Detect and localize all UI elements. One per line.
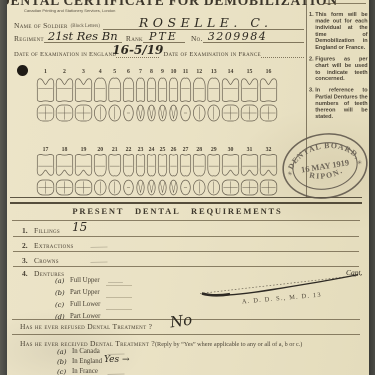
page-title: DENTAL CERTIFICATE FOR DEMOBILIZATION: [0, 0, 317, 9]
printer-imprint: Canadian Printing and Stationery Service…: [24, 9, 136, 13]
req-3-num: 3.: [22, 256, 28, 265]
denture-c-label: Full Lower: [70, 301, 100, 308]
received-c-letter: (c): [57, 368, 66, 375]
signature-stroke-heavy: [202, 294, 230, 296]
rank-field: PTE: [143, 30, 185, 43]
regiment-row: Regiment 21st Res Bn Rank PTE No. 320998…: [14, 30, 304, 43]
req-3-label: Crowns: [34, 256, 59, 265]
note-3: 3. In reference to Partial Dentures the …: [309, 87, 368, 120]
req-4-num: 4.: [22, 269, 28, 278]
rule: [106, 297, 132, 298]
date-england-field: 16-5/19: [116, 45, 159, 58]
number-field: 3209984: [203, 30, 304, 43]
req-2-num: 2.: [22, 241, 28, 250]
scanned-document: DENTAL CERTIFICATE FOR DEMOBILIZATION Ca…: [0, 0, 375, 375]
date-france-field: [261, 45, 304, 58]
received-b-letter: (b): [57, 358, 67, 366]
denture-a-letter: (a): [55, 277, 64, 285]
rule: [106, 309, 132, 310]
signature-line: [200, 275, 362, 294]
denture-c-letter: (c): [55, 301, 64, 309]
stamp-star-right-icon: ✳: [357, 159, 363, 167]
signature-printed-title: A. D. D. S., M. D. 13: [242, 292, 322, 305]
note-2-text: Figures as per chart will be used to ind…: [315, 56, 367, 82]
regiment-value: 21st Res Bn: [48, 29, 118, 43]
rank-value: PTE: [149, 30, 178, 43]
denture-a-label: Full Upper: [70, 277, 100, 284]
denture-b-label: Part Upper: [70, 289, 100, 296]
signature-rank: Capt.: [346, 268, 363, 277]
note-1-text: This form will be made out for each indi…: [315, 11, 367, 51]
received-c-answer: —: [107, 369, 124, 375]
scan-edge-left: [0, 0, 7, 375]
req-1-label: Fillings: [34, 226, 60, 235]
req-1-value: 15: [72, 220, 87, 234]
received-question-note: (Reply by “Yes” where applicable to any …: [155, 341, 302, 348]
refused-answer: No: [169, 311, 193, 332]
signature-stroke: [202, 275, 358, 296]
name-value: ROSELLE. C.: [139, 15, 273, 30]
regiment-label: Regiment: [14, 34, 44, 43]
rule: [106, 285, 132, 286]
name-field: ROSELLE. C.: [103, 17, 304, 30]
signature-block: Capt. A. D. D. S., M. D. 13: [196, 267, 368, 305]
rule: [12, 220, 360, 221]
note-1: 1. This form will be made out for each i…: [309, 11, 368, 51]
req-2-label: Extractions: [34, 241, 74, 250]
stamp-star-left-icon: ✳: [287, 170, 293, 178]
note-2: 2. Figures as per chart will be used to …: [309, 56, 368, 82]
note-3-text: In reference to Partial Dentures the num…: [315, 87, 367, 120]
received-b-label: In England: [72, 358, 102, 365]
req-1-num: 1.: [22, 226, 28, 235]
date-england-label: Date of Examination in England: [14, 51, 116, 58]
number-label: No.: [191, 34, 203, 43]
date-england-value: 16-5/19: [112, 43, 163, 57]
received-a-label: In Canada: [72, 348, 100, 355]
date-france-label: Date of Examination in France: [163, 51, 260, 58]
dental-board-stamp: DENTAL BOARD, RIPON. 16 MAY 1919 ✳ ✳: [275, 122, 375, 209]
dates-row: Date of Examination in England 16-5/19 D…: [14, 45, 304, 58]
regiment-field: 21st Res Bn: [44, 30, 122, 43]
ink-dot: [17, 65, 28, 76]
received-c-label: In France: [72, 368, 98, 375]
rule: [324, 3, 366, 4]
rank-label: Rank: [126, 34, 143, 43]
req-2-value: —: [90, 242, 107, 251]
rule: [13, 236, 359, 237]
scan-edge-right: [369, 0, 375, 375]
received-a-letter: (a): [57, 348, 66, 356]
rule: [13, 251, 359, 252]
rule: [12, 334, 360, 335]
denture-b-letter: (b): [55, 289, 65, 297]
number-value: 3209984: [208, 30, 268, 43]
received-question-label: Has he ever received Dental Treatment ?: [20, 339, 155, 348]
refused-question-label: Has he ever refused Dental Treatment ?: [20, 322, 152, 331]
req-3-value: —: [90, 257, 107, 266]
received-b-answer: Yes →: [104, 355, 130, 365]
requirements-heading: PRESENT DENTAL REQUIREMENTS: [0, 206, 355, 216]
